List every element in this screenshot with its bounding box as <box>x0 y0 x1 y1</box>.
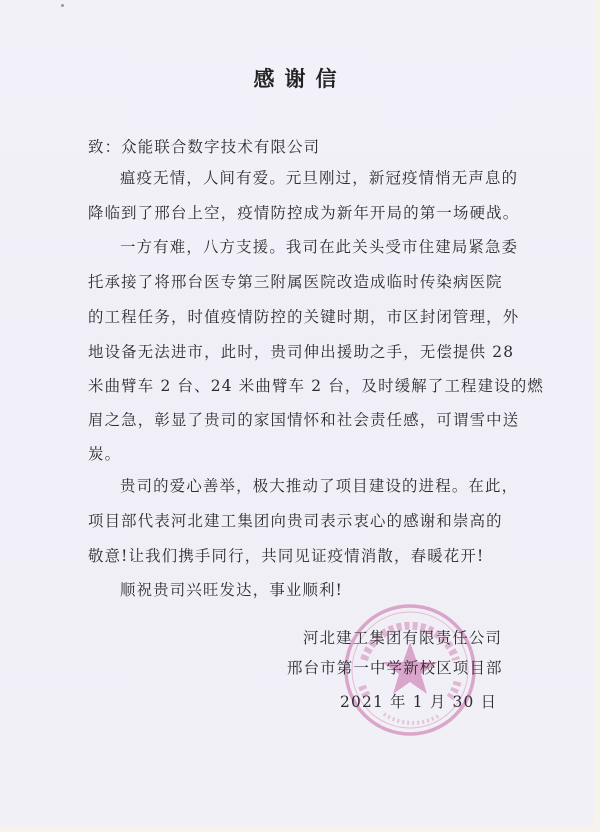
body-line: 的工程任务，时值疫情防控的关键时期，市区封闭管理，外 <box>88 307 500 327</box>
body-line: 一方有难，八方支援。我司在此关头受市住建局紧急委 <box>120 237 532 257</box>
scan-speck <box>61 4 64 7</box>
body-line: 贵司的爱心善举，极大推动了项目建设的进程。在此， <box>120 476 532 496</box>
closing-line: 顺祝贵司兴旺发达，事业顺利! <box>120 580 532 600</box>
letter-title: 感谢信 <box>0 63 600 93</box>
body-line: 敬意!让我们携手同行，共同见证疫情消散，春暖花开! <box>88 546 500 566</box>
body-line: 眉之急，彰显了贵司的家国情怀和社会责任感，可谓雪中送 <box>88 410 500 430</box>
body-line: 托承接了将邢台医专第三附属医院改造成临时传染病医院 <box>88 272 500 292</box>
salutation: 致：众能联合数字技术有限公司 <box>88 137 500 157</box>
letter-page: 感谢信 致：众能联合数字技术有限公司 瘟疫无情，人间有爱。元旦刚过，新冠疫情悄无… <box>0 0 594 826</box>
signature-department: 邢台市第一中学新校区项目部 <box>287 658 503 678</box>
scan-edge-bottom <box>0 826 600 832</box>
body-line: 炭。 <box>88 444 500 464</box>
scan-edge-right <box>594 0 600 832</box>
body-line: 米曲臂车 2 台、24 米曲臂车 2 台，及时缓解了工程建设的燃 <box>88 376 500 396</box>
body-line: 降临到了邢台上空，疫情防控成为新年开局的第一场硬战。 <box>88 203 500 223</box>
body-line: 地设备无法进市，此时，贵司伸出援助之手，无偿提供 28 <box>88 342 500 362</box>
signature-date: 2021 年 1 月 30 日 <box>340 692 497 712</box>
body-line: 瘟疫无情，人间有爱。元旦刚过，新冠疫情悄无声息的 <box>120 168 532 188</box>
body-line: 项目部代表河北建工集团向贵司表示衷心的感谢和崇高的 <box>88 511 500 531</box>
signature-company: 河北建工集团有限责任公司 <box>303 628 502 648</box>
